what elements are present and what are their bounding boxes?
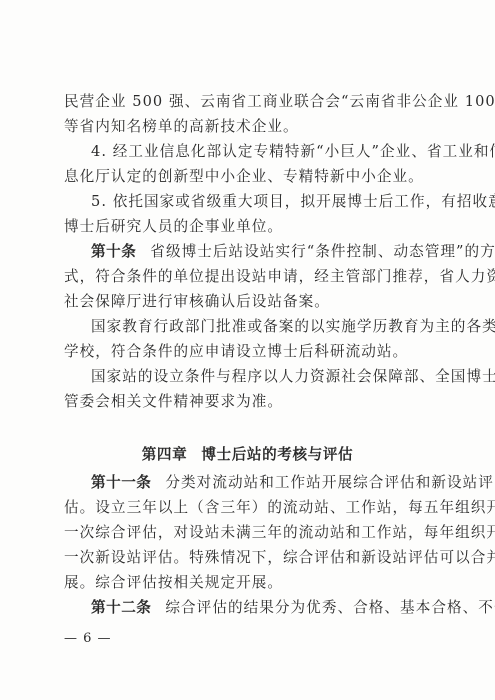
- article-10-line: 第十条省级博士后站设站实行“条件控制、动态管理”的方: [91, 243, 428, 261]
- article-text: 分类对流动站和工作站开展综合评估和新设站评: [165, 474, 494, 491]
- paragraph-line: 社会保障厅进行审核确认后设站备案。: [64, 293, 428, 311]
- article-label: 第十条: [91, 243, 136, 260]
- paragraph-line: 一次新设站评估。特殊情况下，综合评估和新设站评估可以合并开: [64, 549, 428, 567]
- paragraph-line: 估。设立三年以上（含三年）的流动站、工作站，每五年组织开展: [64, 499, 428, 517]
- article-11-line: 第十一条分类对流动站和工作站开展综合评估和新设站评: [91, 474, 428, 492]
- document-page: 民营企业 500 强、云南省工商业联合会“云南省非公企业 100 强” 等省内知…: [0, 0, 495, 700]
- article-12-line: 第十二条综合评估的结果分为优秀、合格、基本合格、不合: [91, 599, 428, 617]
- paragraph-line: 管委会相关文件精神要求为准。: [64, 393, 428, 411]
- paragraph-line: 博士后研究人员的企事业单位。: [64, 218, 428, 236]
- paragraph-line: 民营企业 500 强、云南省工商业联合会“云南省非公企业 100 强”: [64, 93, 428, 111]
- paragraph-line: 息化厅认定的创新型中小企业、专精特新中小企业。: [64, 168, 428, 186]
- paragraph-line: 等省内知名榜单的高新技术企业。: [64, 118, 428, 136]
- paragraph-line: 5. 依托国家或省级重大项目，拟开展博士后工作，有招收意向: [91, 193, 428, 211]
- paragraph-line: 式，符合条件的单位提出设站申请，经主管部门推荐，省人力资源: [64, 268, 428, 286]
- chapter-heading: 第四章博士后站的考核与评估: [0, 446, 495, 464]
- article-label: 第十二条: [91, 599, 151, 616]
- paragraph-line: 国家教育行政部门批准或备案的以实施学历教育为主的各类: [91, 318, 428, 336]
- paragraph-line: 国家站的设立条件与程序以人力资源社会保障部、全国博士后: [91, 368, 428, 386]
- article-text: 综合评估的结果分为优秀、合格、基本合格、不合: [165, 599, 495, 616]
- paragraph-line: 一次综合评估，对设站未满三年的流动站和工作站，每年组织开展: [64, 524, 428, 542]
- chapter-number: 第四章: [142, 446, 188, 463]
- page-number: — 6 —: [64, 630, 112, 648]
- article-label: 第十一条: [91, 474, 151, 491]
- chapter-title: 博士后站的考核与评估: [201, 446, 353, 463]
- paragraph-line: 4. 经工业信息化部认定专精特新“小巨人”企业、省工业和信: [91, 143, 428, 161]
- paragraph-line: 学校，符合条件的应申请设立博士后科研流动站。: [64, 343, 428, 361]
- article-text: 省级博士后站设站实行“条件控制、动态管理”的方: [150, 243, 495, 260]
- paragraph-line: 展。综合评估按相关规定开展。: [64, 574, 428, 592]
